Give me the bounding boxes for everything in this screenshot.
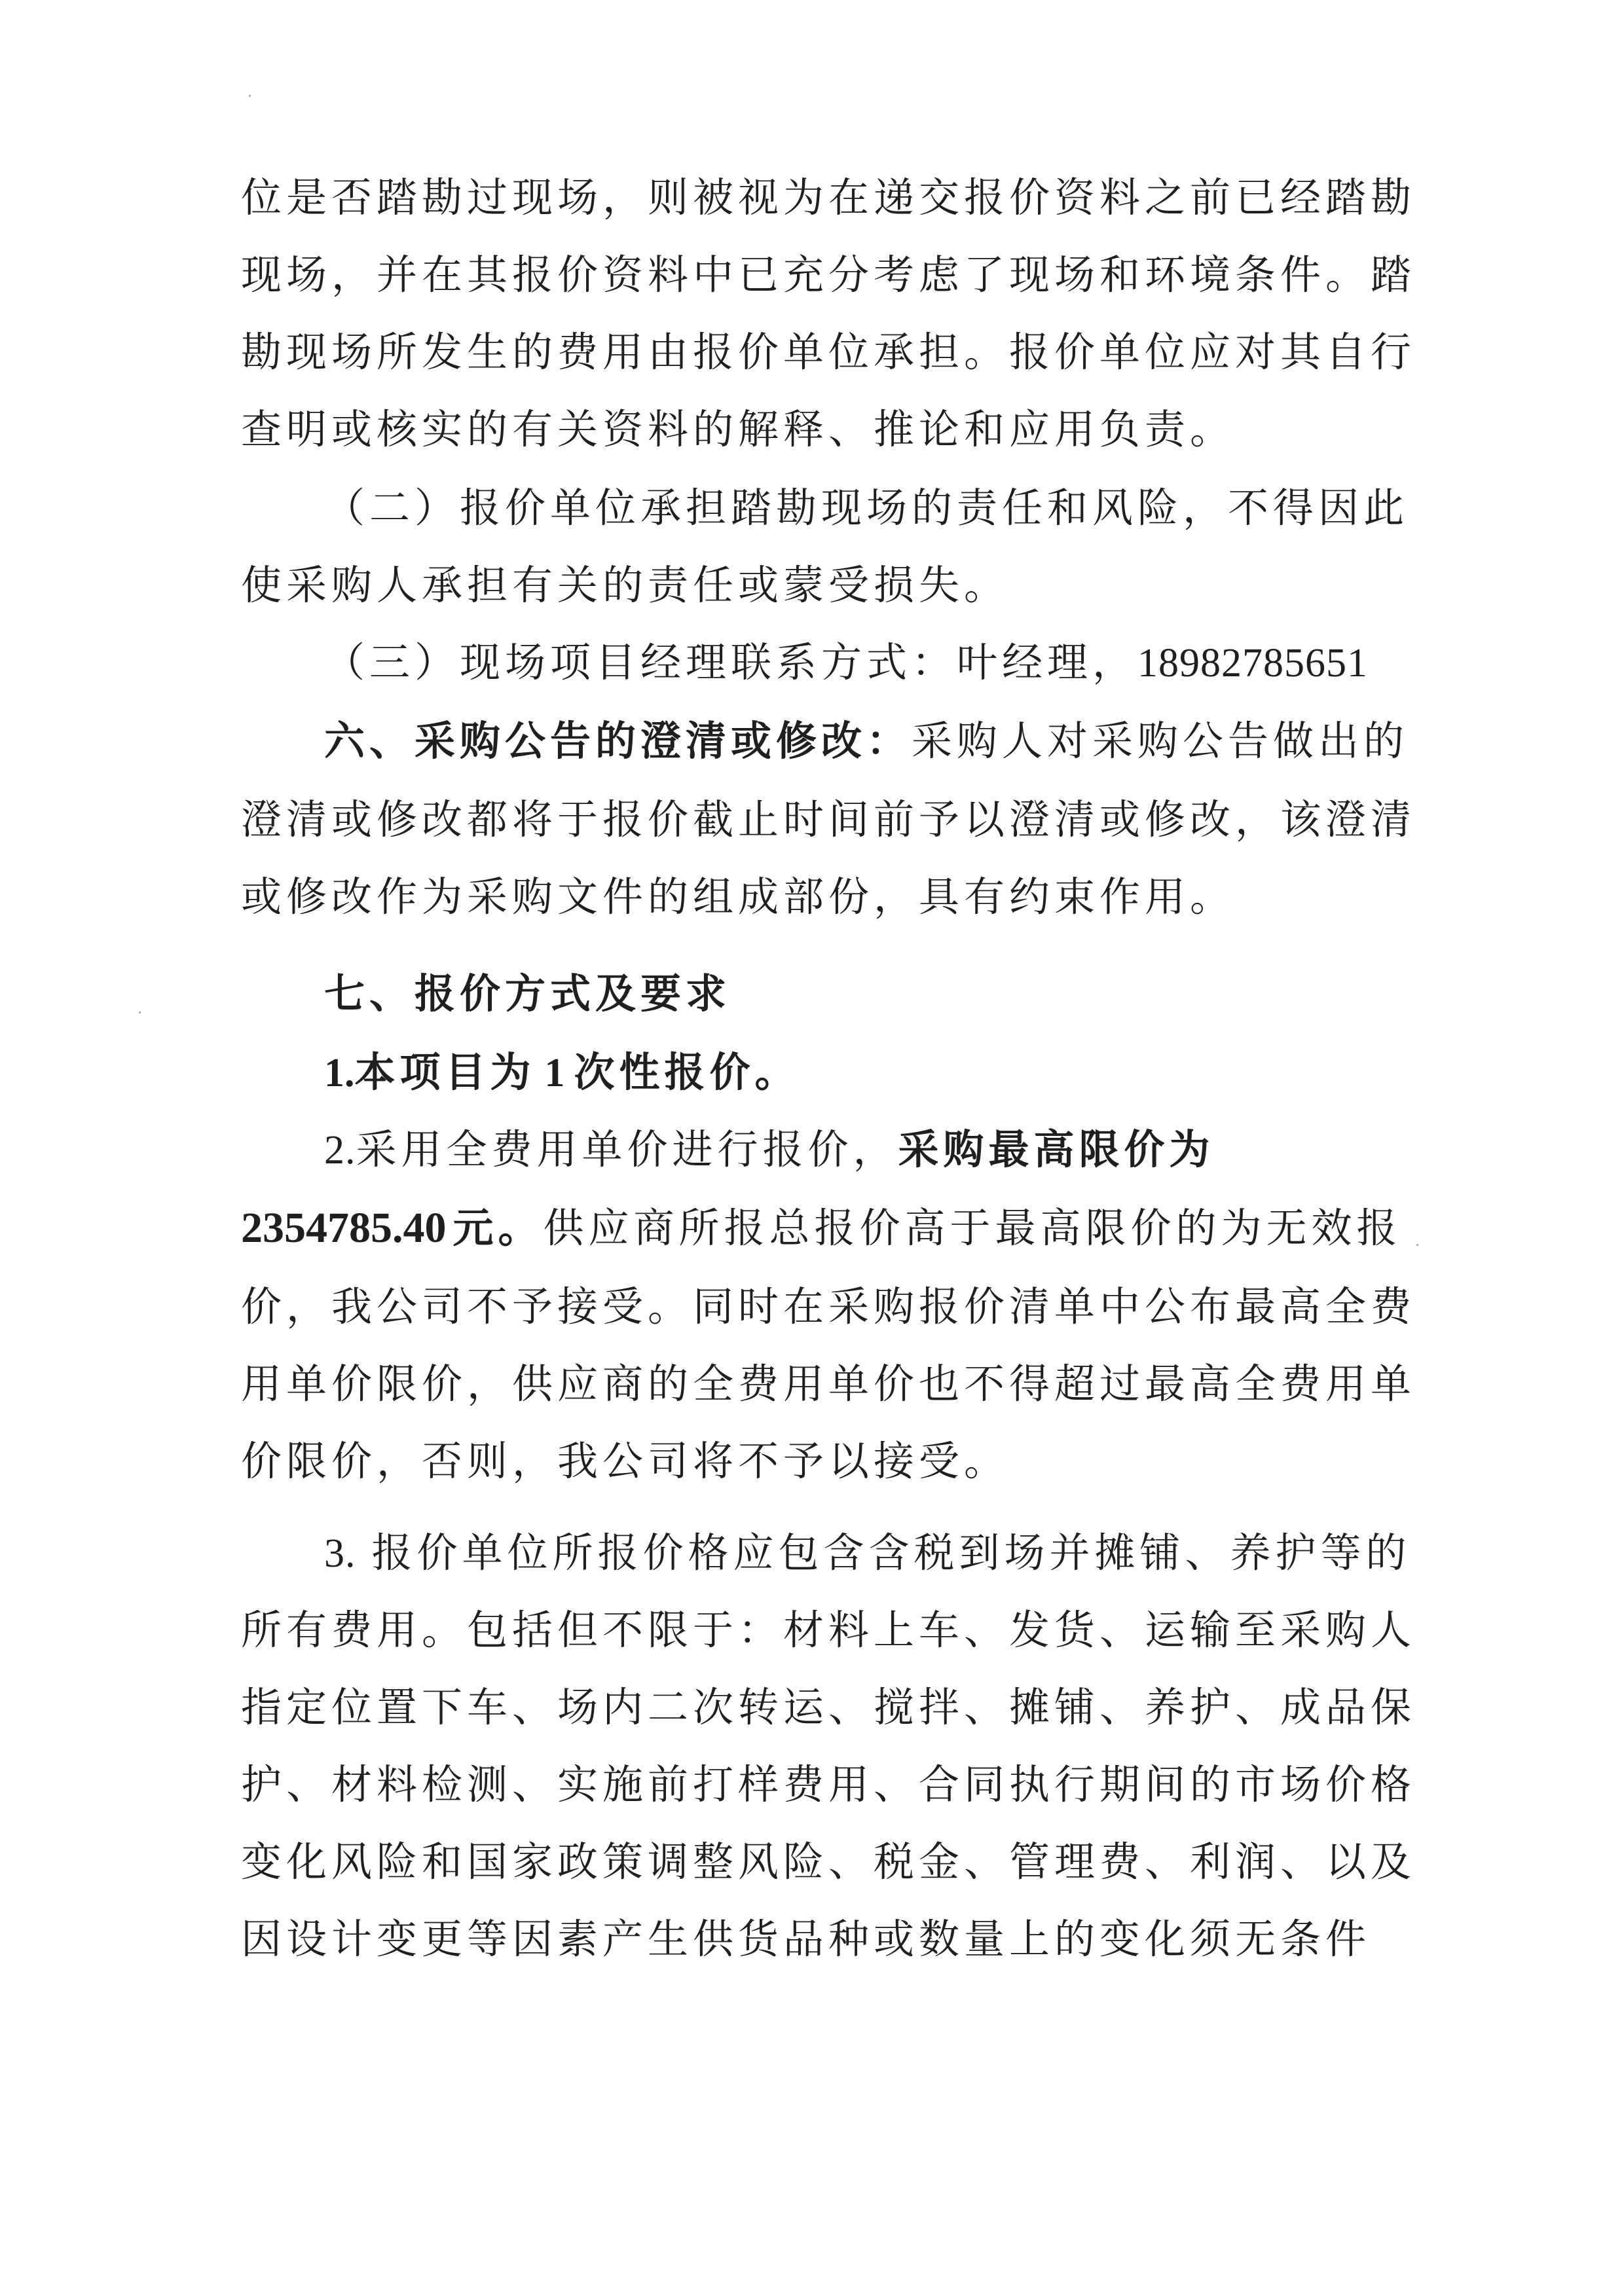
scan-speck: [139, 1011, 141, 1013]
item-text: 报价单位所报价格应包含含税到场并摊铺、养护等的: [372, 1529, 1411, 1576]
item-text: 供应商所报总报价高于最高限价的为无效报: [544, 1204, 1402, 1252]
section-7-item-1: 1.本项目为1次性报价。: [324, 1046, 1372, 1099]
section-6-line: 或修改作为采购文件的组成部份，具有约束作用。: [241, 871, 1374, 923]
section-7-item-3-line: 所有费用。包括但不限于：材料上车、发货、运输至采购人: [241, 1604, 1374, 1656]
section-7-item-2-line: 价限价，否则，我公司将不予以接受。: [241, 1435, 1374, 1487]
currency-unit: 元。: [453, 1204, 544, 1252]
section-7-item-2-line: 用单价限价，供应商的全费用单价也不得超过最高全费用单: [241, 1358, 1374, 1410]
item-text: 次性报价。: [574, 1048, 800, 1096]
section-6-first-line: 六、采购公告的澄清或修改：采购人对采购公告做出的: [324, 715, 1372, 767]
max-price-label: 采购最高限价为: [898, 1125, 1215, 1173]
item-2-line: （二）报价单位承担踏勘现场的责任和风险，不得因此: [324, 482, 1372, 534]
paragraph-line: 查明或核实的有关资料的解释、推论和应用负责。: [241, 403, 1374, 456]
section-6-text: 采购人对采购公告做出的: [912, 717, 1409, 765]
paragraph-line: 现场，并在其报价资料中已充分考虑了现场和环境条件。踏: [241, 249, 1374, 301]
item-number: 1.: [324, 1051, 355, 1095]
section-7-item-2-line: 价，我公司不予接受。同时在采购报价清单中公布最高全费: [241, 1281, 1374, 1333]
document-page: 位是否踏勘过现场，则被视为在递交报价资料之前已经踏勘 现场，并在其报价资料中已充…: [0, 0, 1624, 2296]
section-7-item-2-line: 2354785.40元。供应商所报总报价高于最高限价的为无效报: [241, 1202, 1374, 1254]
quote-count: 1: [545, 1051, 565, 1095]
item-text: 采用全费用单价进行报价，: [356, 1125, 898, 1173]
item-number: 2.: [324, 1128, 356, 1173]
scan-speck: [1416, 1244, 1418, 1246]
section-7-item-3-line: 因设计变更等因素产生供货品种或数量上的变化须无条件: [241, 1913, 1374, 1965]
section-7-item-3: 3.报价单位所报价格应包含含税到场并摊铺、养护等的: [324, 1527, 1372, 1580]
contact-phone: 18982785651: [1137, 641, 1368, 685]
section-7-title: 七、报价方式及要求: [324, 968, 1372, 1020]
item-number: 3.: [324, 1531, 356, 1576]
contact-label: （三）现场项目经理联系方式：叶经理，: [324, 638, 1137, 686]
section-7-item-2: 2.采用全费用单价进行报价，采购最高限价为: [324, 1123, 1372, 1176]
section-7-item-3-line: 指定位置下车、场内二次转运、搅拌、摊铺、养护、成品保: [241, 1681, 1374, 1734]
section-6-line: 澄清或修改都将于报价截止时间前予以澄清或修改，该澄清: [241, 793, 1374, 846]
section-6-title: 六、采购公告的澄清或修改：: [324, 717, 912, 765]
paragraph-line: 勘现场所发生的费用由报价单位承担。报价单位应对其自行: [241, 326, 1374, 378]
paragraph-line: 位是否踏勘过现场，则被视为在递交报价资料之前已经踏勘: [241, 172, 1374, 224]
scan-speck: [249, 95, 251, 97]
section-7-item-3-line: 护、材料检测、实施前打样费用、合同执行期间的市场价格: [241, 1758, 1374, 1811]
item-2-line: 使采购人承担有关的责任或蒙受损失。: [241, 559, 1374, 611]
item-text: 本项目为: [355, 1048, 536, 1096]
section-7-item-3-line: 变化风险和国家政策调整风险、税金、管理费、利润、以及: [241, 1836, 1374, 1888]
item-3-contact: （三）现场项目经理联系方式：叶经理，18982785651: [324, 636, 1372, 689]
max-price-amount: 2354785.40: [241, 1204, 447, 1252]
